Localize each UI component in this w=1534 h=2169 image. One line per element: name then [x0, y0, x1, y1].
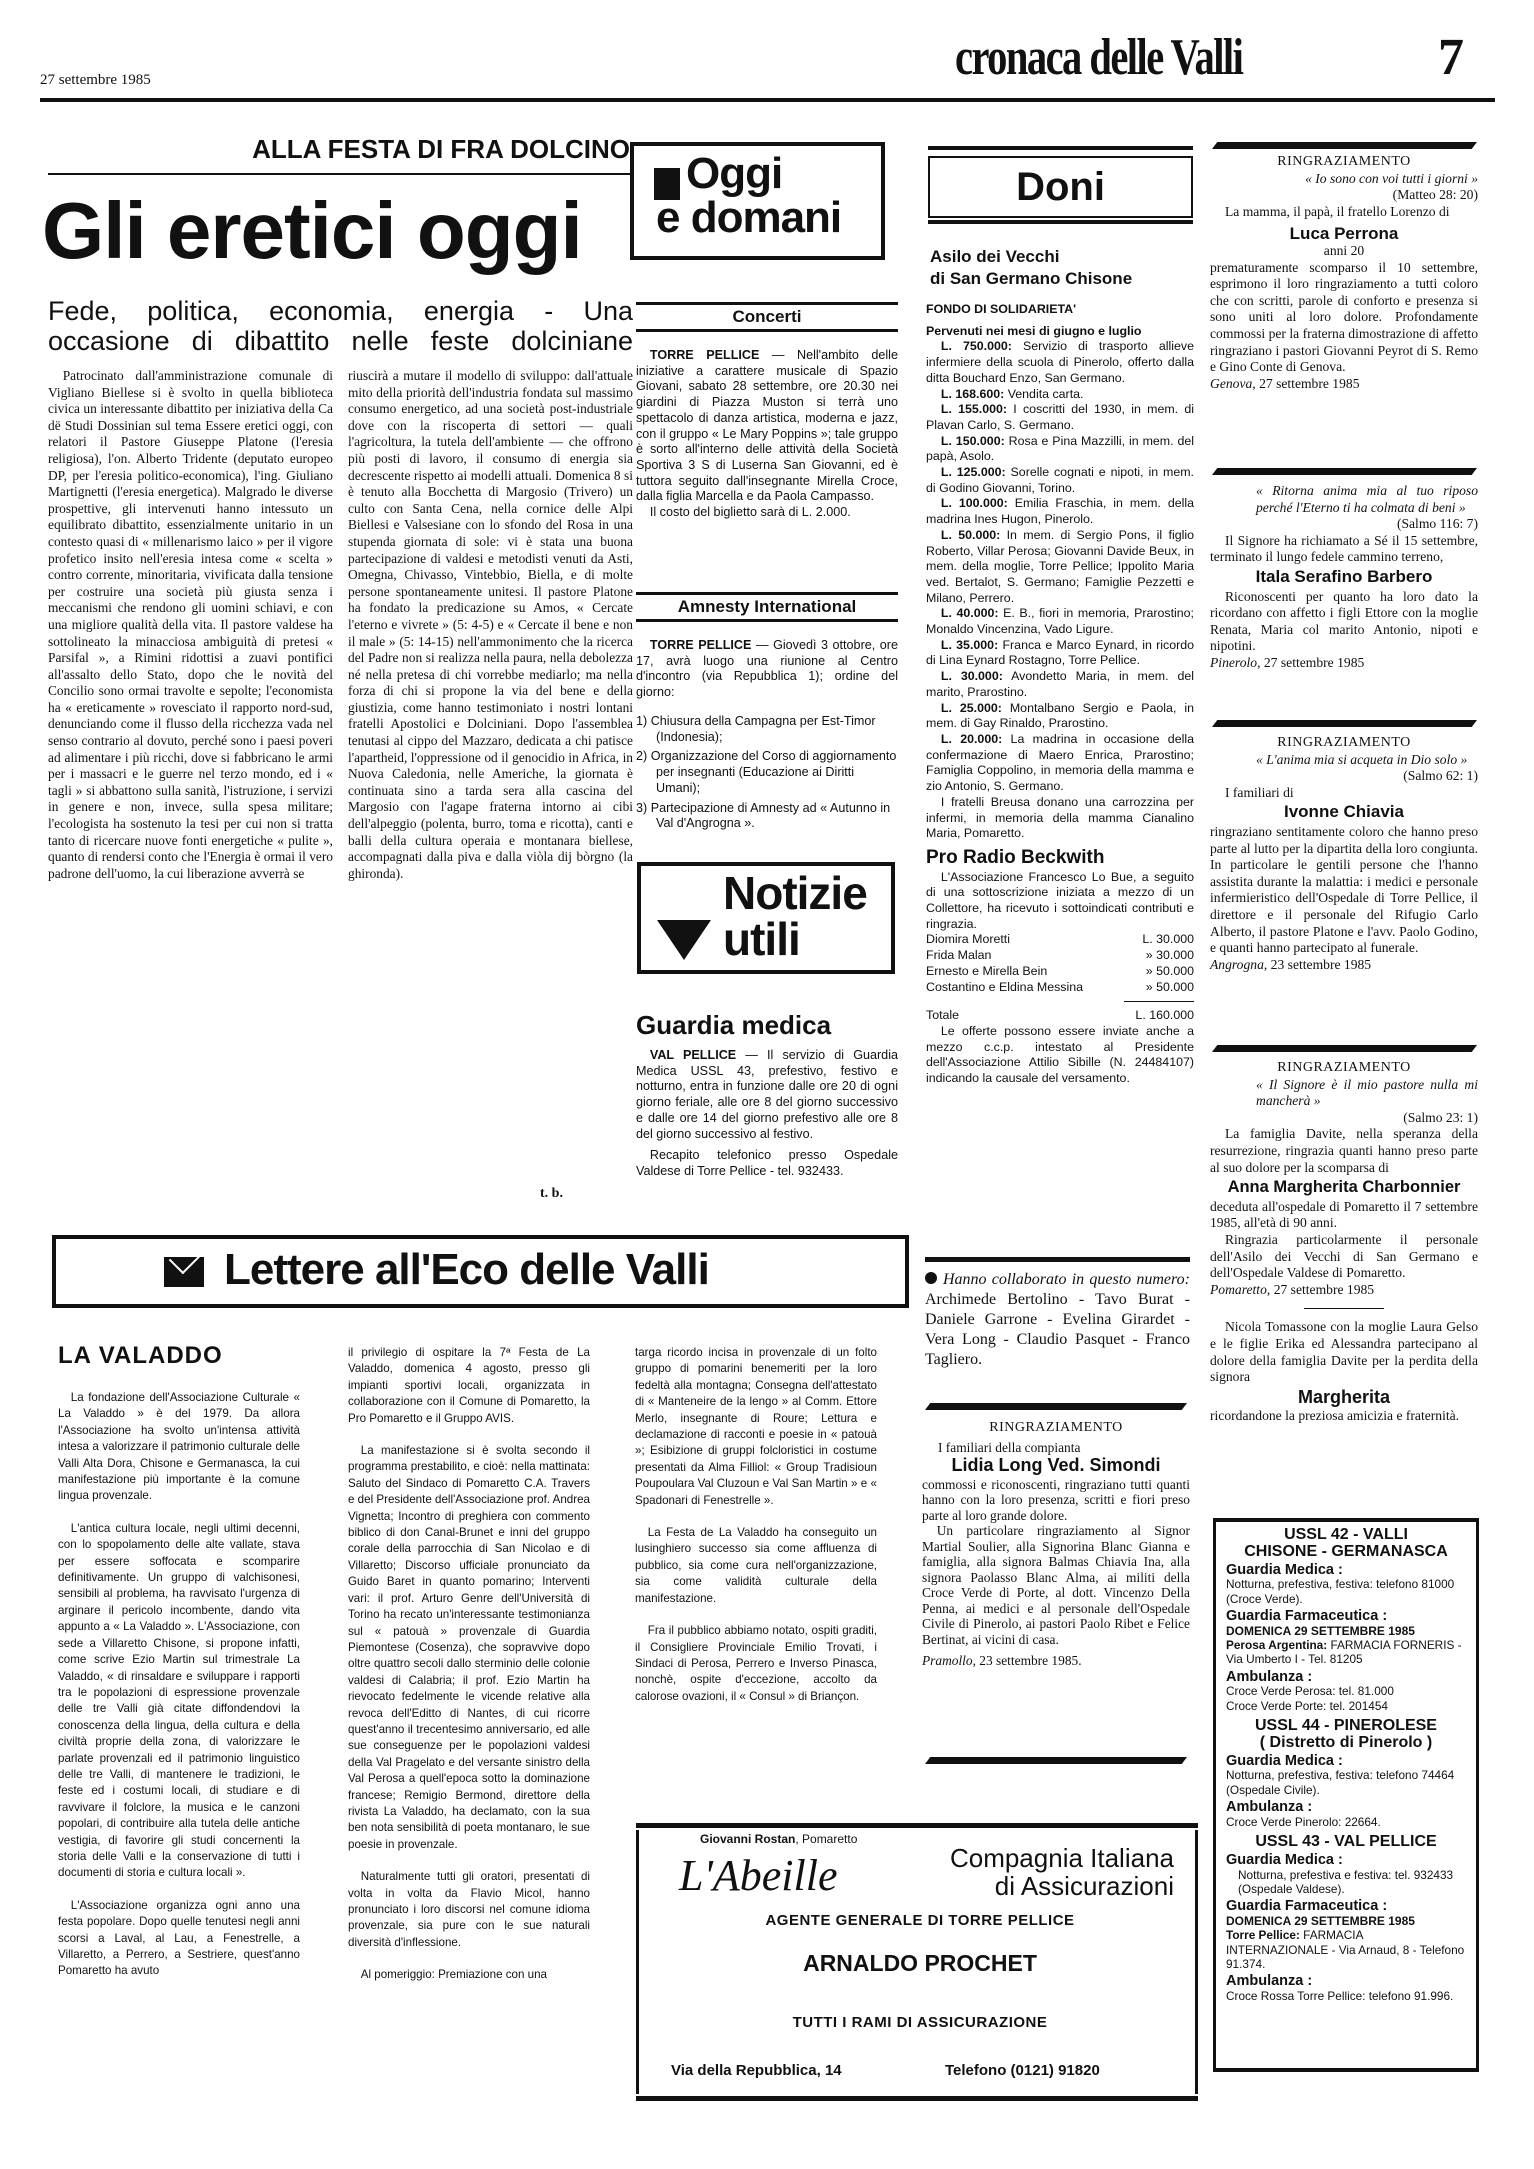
- letter-paragraph: Al pomeriggio: Premiazione con una: [348, 1967, 590, 1983]
- concerti-text: — Nell'ambito delle iniziative a caratte…: [636, 348, 898, 503]
- guardia-medica-label: Guardia Medica :: [1226, 1563, 1466, 1577]
- ambulance-info: Croce Rossa Torre Pellice: telefono 91.9…: [1226, 1989, 1466, 2003]
- guardia-medica-body: VAL PELLICE — Il servizio di Guardia Med…: [636, 1048, 898, 1180]
- notice-body: prematuramente scomparso il 10 settembre…: [1210, 260, 1478, 376]
- date: , 27 settembre 1985: [1252, 376, 1359, 391]
- deceased-name: Margherita: [1210, 1389, 1478, 1406]
- bible-ref: (Salmo 62: 1): [1210, 768, 1478, 785]
- insurance-branches: TUTTI I RAMI DI ASSICURAZIONE: [639, 2014, 1201, 2031]
- amount: L. 125.000:: [941, 465, 1006, 479]
- agenda-list: 1) Chiusura della Campagna per Est-Timor…: [636, 714, 898, 836]
- article-column-1: Patrocinato dall'amministrazione comunal…: [48, 368, 333, 882]
- article-signature: t. b.: [540, 1186, 563, 1202]
- notice-place-date: Pinerolo, 27 settembre 1985: [1210, 655, 1478, 672]
- amount: » 30.000: [1146, 948, 1194, 964]
- donation-entry: L. 40.000: E. B., fiori in memoria, Prar…: [926, 606, 1194, 637]
- donation-entry: L. 25.000: Montalbano Sergio e Paola, in…: [926, 701, 1194, 732]
- amount: L. 40.000:: [941, 606, 999, 620]
- bible-quote: « Il Signore è il mio pastore nulla mi m…: [1210, 1077, 1478, 1110]
- pro-radio-intro: L'Associazione Francesco Lo Bue, a segui…: [926, 870, 1194, 933]
- notice-intro: Il Signore ha richiamato a Sé il 15 sett…: [1210, 533, 1478, 566]
- doni-banner: Doni: [928, 146, 1193, 224]
- notice-intro: I familiari della compianta: [922, 1440, 1190, 1456]
- total-rule: [1124, 1001, 1194, 1002]
- ambulanza-label: Ambulanza :: [1226, 1974, 1466, 1988]
- date: , 27 settembre 1985: [1257, 655, 1364, 670]
- ambulance-info: Croce Verde Perosa: tel. 81.000: [1226, 1684, 1466, 1698]
- mourning-bar: [925, 1757, 1187, 1764]
- ringraziamento-heading: RINGRAZIAMENTO: [1210, 1060, 1478, 1077]
- deceased-name: Itala Serafino Barbero: [1210, 569, 1478, 586]
- pharmacy-date: DOMENICA 29 SETTEMBRE 1985: [1226, 1914, 1466, 1928]
- donation-entry: L. 100.000: Emilia Fraschia, in mem. del…: [926, 496, 1194, 527]
- place: Pramollo: [922, 1653, 973, 1668]
- periodo: Pervenuti nei mesi di giugno e luglio: [926, 324, 1194, 340]
- ussl-44-subheading: ( Distretto di Pinerolo ): [1226, 1734, 1466, 1751]
- dateline: TORRE PELLICE: [650, 638, 752, 652]
- notice-intro: La famiglia Davite, nella speranza della…: [1210, 1126, 1478, 1176]
- donation-entry: L. 155.000: I coscritti del 1930, in mem…: [926, 402, 1194, 433]
- collaborators-note: Hanno collaborato in questo numero: Arch…: [925, 1270, 1190, 1370]
- letter-column-1: La fondazione dell'Associazione Cultural…: [58, 1390, 300, 1996]
- dateline: VAL PELLICE: [650, 1048, 736, 1062]
- total-row: TotaleL. 160.000: [926, 1008, 1194, 1024]
- concerti-heading: Concerti: [636, 302, 898, 332]
- amount: L. 750.000:: [941, 339, 1012, 353]
- letter-paragraph: il privilegio di ospitare la 7ª Festa de…: [348, 1345, 590, 1427]
- oggi-domani-banner: Oggi e domani: [630, 142, 885, 260]
- article-text: Patrocinato dall'amministrazione comunal…: [48, 368, 333, 882]
- date: , 27 settembre 1985: [1267, 1282, 1374, 1297]
- subtitle-line-1: Asilo dei Vecchi: [930, 246, 1132, 268]
- notice-body: Ringrazia particolarmente il personale d…: [1210, 1232, 1478, 1282]
- town: Perosa Argentina:: [1226, 1638, 1327, 1652]
- title-line-1: Notizie: [723, 870, 867, 916]
- ussl-42-subheading: CHISONE - GERMANASCA: [1226, 1543, 1466, 1560]
- bullet-icon: [925, 1272, 937, 1284]
- notice-place-date: Genova, 27 settembre 1985: [1210, 376, 1478, 393]
- guardia-phone: Recapito telefonico presso Ospedale Vald…: [636, 1148, 898, 1179]
- letter-paragraph: La Festa de La Valaddo ha conseguito un …: [635, 1525, 877, 1607]
- ringraziamento-lidia-long: RINGRAZIAMENTO I familiari della compian…: [922, 1420, 1190, 1669]
- letter-paragraph: L'Associazione organizza ogni anno una f…: [58, 1898, 300, 1980]
- guardia-medica-info: Notturna, prefestiva, festiva: telefono …: [1226, 1577, 1466, 1606]
- agenda-item: 3) Partecipazione di Amnesty ad « Autunn…: [636, 801, 898, 832]
- page-number: 7: [1438, 28, 1464, 87]
- total-label: Totale: [926, 1008, 959, 1024]
- envelope-icon: [164, 1257, 204, 1287]
- amount: L. 35.000:: [941, 638, 998, 652]
- ussl-emergency-box: USSL 42 - VALLI CHISONE - GERMANASCA Gua…: [1213, 1518, 1479, 2072]
- amount: L. 50.000:: [941, 528, 1000, 542]
- ringraziamento-heading: RINGRAZIAMENTO: [1210, 735, 1478, 752]
- ambulanza-label: Ambulanza :: [1226, 1800, 1466, 1814]
- amount: L. 25.000:: [941, 701, 1002, 715]
- notice-body: commossi e riconoscenti, ringraziano tut…: [922, 1477, 1190, 1524]
- lettere-title: Lettere all'Eco delle Valli: [224, 1245, 709, 1295]
- pharmacy-date: DOMENICA 29 SETTEMBRE 1985: [1226, 1624, 1466, 1638]
- guardia-farmaceutica-label: Guardia Farmaceutica :: [1226, 1609, 1466, 1623]
- article-column-2: riuscirà a mutare il modello di sviluppo…: [348, 368, 633, 882]
- ussl-44-heading: USSL 44 - PINEROLESE: [1226, 1717, 1466, 1734]
- amount: L. 168.600:: [941, 387, 1004, 401]
- place: Pinerolo: [1210, 655, 1257, 670]
- agenda-item: 2) Organizzazione del Corso di aggiornam…: [636, 749, 898, 796]
- triangle-down-icon: [657, 920, 711, 960]
- donation-entry: L. 50.000: In mem. di Sergio Pons, il fi…: [926, 528, 1194, 607]
- agenda-item: 1) Chiusura della Campagna per Est-Timor…: [636, 714, 898, 745]
- amount: L. 150.000:: [941, 434, 1005, 448]
- company-line-2: di Assicurazioni: [904, 1872, 1174, 1900]
- masthead: cronaca delle Valli: [955, 28, 1242, 87]
- ad-address: Via della Repubblica, 14: [671, 2062, 842, 2079]
- contribution-row: Frida Malan» 30.000: [926, 948, 1194, 964]
- contribution-row: Costantino e Eldina Messina» 50.000: [926, 980, 1194, 996]
- deceased-name: Lidia Long Ved. Simondi: [922, 1458, 1190, 1474]
- ringraziamento-heading: RINGRAZIAMENTO: [1210, 154, 1478, 171]
- amount: L. 20.000:: [941, 732, 1002, 746]
- notice-intro: Nicola Tomassone con la moglie Laura Gel…: [1210, 1319, 1478, 1385]
- amount: » 50.000: [1146, 980, 1194, 996]
- divider: [1304, 1308, 1384, 1309]
- article-headline: Gli eretici oggi: [42, 185, 582, 277]
- ad-frame: L'Abeille Compagnia Italiana di Assicura…: [636, 1830, 1198, 2094]
- contributor: Diomira Moretti: [926, 932, 1010, 948]
- deceased-name: Ivonne Chiavia: [1210, 804, 1478, 821]
- bible-ref: (Matteo 28: 20): [1210, 187, 1478, 204]
- town: Torre Pellice:: [1226, 1928, 1300, 1942]
- notice-body: ricordandone la preziosa amicizia e frat…: [1210, 1408, 1478, 1425]
- abeille-logo: L'Abeille: [679, 1850, 838, 1901]
- doni-title: Doni: [928, 156, 1193, 218]
- pro-radio-heading: Pro Radio Beckwith: [926, 850, 1194, 866]
- agent-title: AGENTE GENERALE DI TORRE PELLICE: [639, 1912, 1201, 1929]
- ringraziamento-heading: RINGRAZIAMENTO: [922, 1420, 1190, 1436]
- contributor: Ernesto e Mirella Bein: [926, 964, 1047, 980]
- notice-place-date: Pramollo, 23 settembre 1985.: [922, 1653, 1190, 1669]
- donation-entry: L. 35.000: Franca e Marco Eynard, in ric…: [926, 638, 1194, 669]
- bible-ref: (Salmo 116: 7): [1210, 516, 1478, 533]
- ringraziamento-barbero: « Ritorna anima mia al tuo riposo perché…: [1210, 483, 1478, 672]
- notice-intro: I familiari di: [1210, 785, 1478, 802]
- ambulanza-label: Ambulanza :: [1226, 1670, 1466, 1684]
- ringraziamento-chiavia: RINGRAZIAMENTO « L'anima mia si acqueta …: [1210, 735, 1478, 973]
- place: Genova: [1210, 376, 1252, 391]
- notice-body: ringraziano sentitamente coloro che hann…: [1210, 824, 1478, 957]
- title-line-2: e domani: [656, 196, 841, 240]
- title-line-2: utili: [723, 916, 867, 962]
- bible-quote: « Ritorna anima mia al tuo riposo perché…: [1210, 483, 1478, 516]
- ticket-price: Il costo del biglietto sarà di L. 2.000.: [636, 505, 898, 521]
- dateline: TORRE PELLICE: [650, 348, 760, 362]
- bible-quote: « Io sono con voi tutti i giorni »: [1210, 171, 1478, 188]
- guardia-medica-heading: Guardia medica: [636, 1010, 831, 1041]
- donation-entry: L. 150.000: Rosa e Pina Mazzilli, in mem…: [926, 434, 1194, 465]
- ussl-43-heading: USSL 43 - VAL PELLICE: [1226, 1833, 1466, 1850]
- pharmacy-info: Perosa Argentina: FARMACIA FORNERIS - Vi…: [1226, 1638, 1466, 1667]
- insurance-advertisement: L'Abeille Compagnia Italiana di Assicura…: [636, 1823, 1198, 2101]
- notice-body: Un particolare ringraziamento al Signor …: [922, 1523, 1190, 1647]
- amount: L. 100.000:: [941, 496, 1008, 510]
- notice-body: deceduta all'ospedale di Pomaretto il 7 …: [1210, 1199, 1478, 1232]
- letter-paragraph: La fondazione dell'Associazione Cultural…: [58, 1390, 300, 1505]
- pharmacy-info: Torre Pellice: FARMACIA INTERNAZIONALE -…: [1226, 1928, 1466, 1971]
- amount: L. 155.000:: [941, 402, 1007, 416]
- issue-date: 27 settembre 1985: [40, 72, 151, 89]
- donation-entry: L. 750.000: Servizio di trasporto alliev…: [926, 339, 1194, 386]
- fondo-heading: FONDO DI SOLIDARIETA': [926, 302, 1194, 318]
- donor: Vendita carta.: [1004, 387, 1083, 401]
- donation-entry: L. 30.000: Avondetto Maria, in mem. del …: [926, 669, 1194, 700]
- letter-column-2: il privilegio di ospitare la 7ª Festa de…: [348, 1345, 590, 2000]
- ringraziamento-charbonnier: RINGRAZIAMENTO « Il Signore è il mio pas…: [1210, 1060, 1478, 1425]
- notice-place-date: Angrogna, 23 settembre 1985: [1210, 957, 1478, 974]
- deceased-name: Anna Margherita Charbonnier: [1210, 1179, 1478, 1196]
- guardia-farmaceutica-label: Guardia Farmaceutica :: [1226, 1899, 1466, 1913]
- notice-place-date: Pomaretto, 27 settembre 1985: [1210, 1282, 1478, 1299]
- guardia-medica-label: Guardia Medica :: [1226, 1754, 1466, 1768]
- notizie-utili-banner: Notizie utili: [637, 862, 895, 974]
- place: Pomaretto: [1210, 1282, 1267, 1297]
- contribution-row: Ernesto e Mirella Bein» 50.000: [926, 964, 1194, 980]
- donation-entry: L. 168.600: Vendita carta.: [926, 387, 1194, 403]
- pro-radio-note: Le offerte possono essere inviate anche …: [926, 1024, 1194, 1087]
- notice-intro: La mamma, il papà, il fratello Lorenzo d…: [1210, 204, 1478, 221]
- ad-phone: Telefono (0121) 91820: [945, 2062, 1100, 2079]
- doni-subtitle: Asilo dei Vecchi di San Germano Chisone: [930, 246, 1132, 290]
- concerti-body: TORRE PELLICE — Nell'ambito delle inizia…: [636, 348, 898, 521]
- mourning-bar: [1212, 468, 1477, 475]
- ringraziamento-perrona: RINGRAZIAMENTO « Io sono con voi tutti i…: [1210, 154, 1478, 392]
- notizie-utili-title: Notizie utili: [723, 870, 867, 962]
- contribution-row: Diomira MorettiL. 30.000: [926, 932, 1194, 948]
- collaborators-label: Hanno collaborato in questo numero:: [943, 1271, 1190, 1288]
- agent-name: ARNALDO PROCHET: [639, 1950, 1201, 1977]
- kicker-rule: [48, 173, 630, 175]
- doni-body: FONDO DI SOLIDARIETA' Pervenuti nei mesi…: [926, 302, 1194, 1087]
- ussl-42-heading: USSL 42 - VALLI: [1226, 1526, 1466, 1543]
- article-kicker: ALLA FESTA DI FRA DOLCINO: [40, 134, 630, 165]
- bible-quote: « L'anima mia si acqueta in Dio solo »: [1210, 752, 1478, 769]
- letter-paragraph: La manifestazione si è svolta secondo il…: [348, 1443, 590, 1853]
- mourning-bar: [1212, 142, 1477, 149]
- title-line-1: Oggi: [656, 152, 841, 196]
- guardia-medica-info: Notturna, prefestiva, festiva: telefono …: [1226, 1768, 1466, 1797]
- lettere-banner: Lettere all'Eco delle Valli: [52, 1235, 909, 1308]
- letter-paragraph: L'antica cultura locale, negli ultimi de…: [58, 1521, 300, 1882]
- bible-ref: (Salmo 23: 1): [1210, 1110, 1478, 1127]
- oggi-domani-title: Oggi e domani: [656, 152, 841, 240]
- article-subhead: Fede, politica, economia, energia - Una …: [48, 296, 633, 356]
- ambulance-info: Croce Verde Porte: tel. 201454: [1226, 1699, 1466, 1713]
- guardia-medica-label: Guardia Medica :: [1226, 1853, 1466, 1867]
- deceased-age: anni 20: [1210, 243, 1478, 260]
- guardia-medica-info: Notturna, prefestiva e festiva: tel. 932…: [1226, 1868, 1466, 1897]
- collaborators-names: Archimede Bertolino - Tavo Burat - Danie…: [925, 1291, 1190, 1368]
- header-rule: [40, 98, 1495, 102]
- date: , 23 settembre 1985: [1264, 957, 1371, 972]
- amount: L. 30.000:: [941, 669, 1003, 683]
- notice-body: Riconoscenti per quanto ha loro dato la …: [1210, 589, 1478, 655]
- total-amount: L. 160.000: [1135, 1008, 1194, 1024]
- mourning-bar: [1212, 720, 1477, 727]
- amount: L. 30.000: [1142, 932, 1194, 948]
- letter-column-3: targa ricordo incisa in provenzale di un…: [635, 1345, 877, 1721]
- donation-entry: L. 125.000: Sorelle cognati e nipoti, in…: [926, 465, 1194, 496]
- article-text: riuscirà a mutare il modello di sviluppo…: [348, 368, 633, 882]
- letter-paragraph: Naturalmente tutti gli oratori, presenta…: [348, 1869, 590, 1951]
- mourning-bar: [925, 1403, 1187, 1410]
- letter-paragraph: targa ricordo incisa in provenzale di un…: [635, 1345, 877, 1509]
- place: Angrogna: [1210, 957, 1264, 972]
- letter-paragraph: Fra il pubblico abbiamo notato, ospiti g…: [635, 1623, 877, 1705]
- company-name: Compagnia Italiana di Assicurazioni: [904, 1844, 1174, 1900]
- donation-entry: L. 20.000: La madrina in occasione della…: [926, 732, 1194, 795]
- amnesty-body: TORRE PELLICE — Giovedì 3 ottobre, ore 1…: [636, 638, 898, 701]
- ambulance-info: Croce Verde Pinerolo: 22664.: [1226, 1815, 1466, 1829]
- subtitle-line-2: di San Germano Chisone: [930, 268, 1132, 290]
- company-line-1: Compagnia Italiana: [904, 1844, 1174, 1872]
- contributor: Frida Malan: [926, 948, 991, 964]
- deceased-name: Luca Perrona: [1210, 226, 1478, 243]
- section-rule: [925, 1257, 1190, 1262]
- breusa-note: I fratelli Breusa donano una carrozzina …: [926, 795, 1194, 842]
- date: , 23 settembre 1985.: [973, 1653, 1082, 1668]
- mourning-bar: [1212, 1045, 1477, 1052]
- amnesty-heading: Amnesty International: [636, 592, 898, 622]
- contributor: Costantino e Eldina Messina: [926, 980, 1083, 996]
- letter-title: LA VALADDO: [58, 1342, 223, 1370]
- amount: » 50.000: [1146, 964, 1194, 980]
